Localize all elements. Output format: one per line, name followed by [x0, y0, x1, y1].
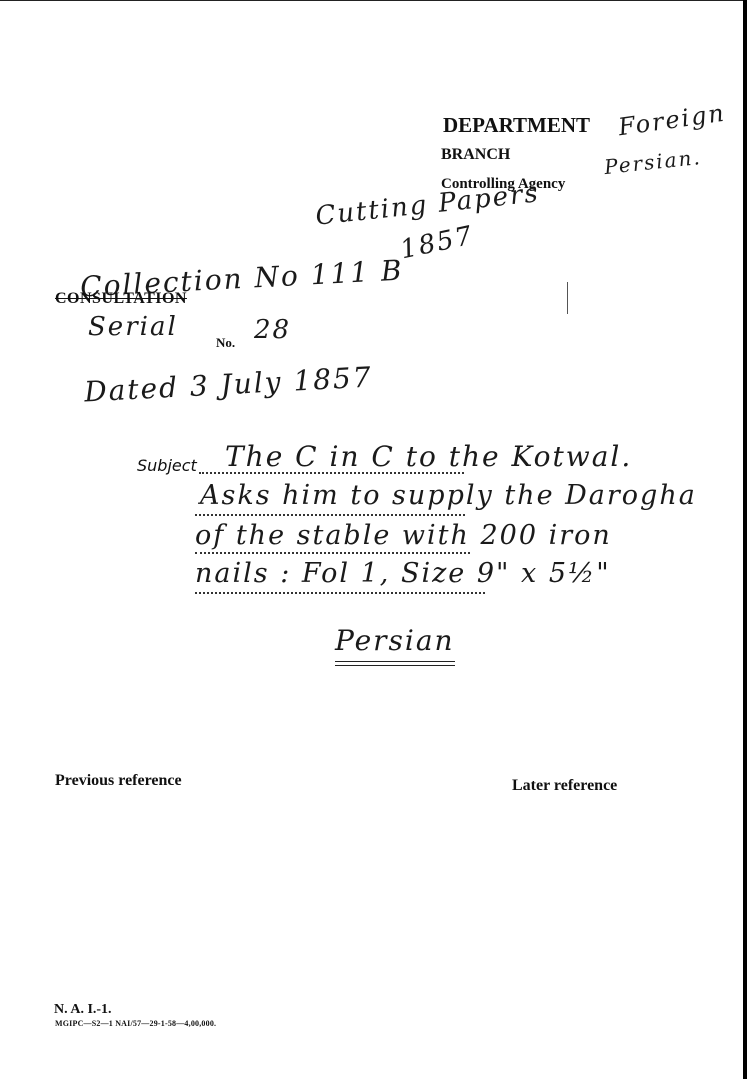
language-annotation: Persian	[335, 624, 455, 657]
previous-reference-label: Previous reference	[55, 772, 182, 790]
right-scan-edge	[743, 0, 747, 1079]
form-code: N. A. I.-1.	[54, 1002, 112, 1018]
consultation-label: CONSULTATION	[55, 290, 187, 308]
print-imprint: MGIPC—S2—1 NAI/57—29-1-58—4,00,000.	[55, 1019, 216, 1028]
language-underline	[335, 665, 455, 666]
controlling-agency-year: 1857	[398, 221, 477, 266]
later-reference-label: Later reference	[512, 777, 617, 795]
margin-mark	[567, 282, 568, 314]
department-label: DEPARTMENT	[443, 113, 590, 138]
subject-dotted-line	[195, 514, 465, 516]
subject-label: Subject	[137, 456, 197, 475]
branch-value: Persian.	[603, 145, 703, 179]
top-border	[0, 0, 743, 1]
serial-no-label: No.	[216, 335, 235, 351]
branch-label: BRANCH	[441, 146, 510, 164]
dated-value: Dated 3 July 1857	[83, 360, 373, 408]
subject-text-line: Asks him to supply the Darogha	[200, 480, 697, 511]
subject-text-line: nails : Fol 1, Size 9" x 5½"	[195, 558, 611, 589]
subject-dotted-line	[195, 552, 470, 554]
subject-dotted-line	[195, 592, 485, 594]
controlling-agency-value: Cutting Papers	[314, 178, 541, 231]
subject-text-line: The C in C to the Kotwal.	[225, 440, 632, 473]
serial-prefix: Serial	[88, 312, 178, 342]
subject-text-line: of the stable with 200 iron	[195, 520, 612, 551]
serial-number: 28	[254, 315, 291, 345]
department-value: Foreign	[617, 99, 728, 142]
language-underline	[335, 661, 455, 662]
